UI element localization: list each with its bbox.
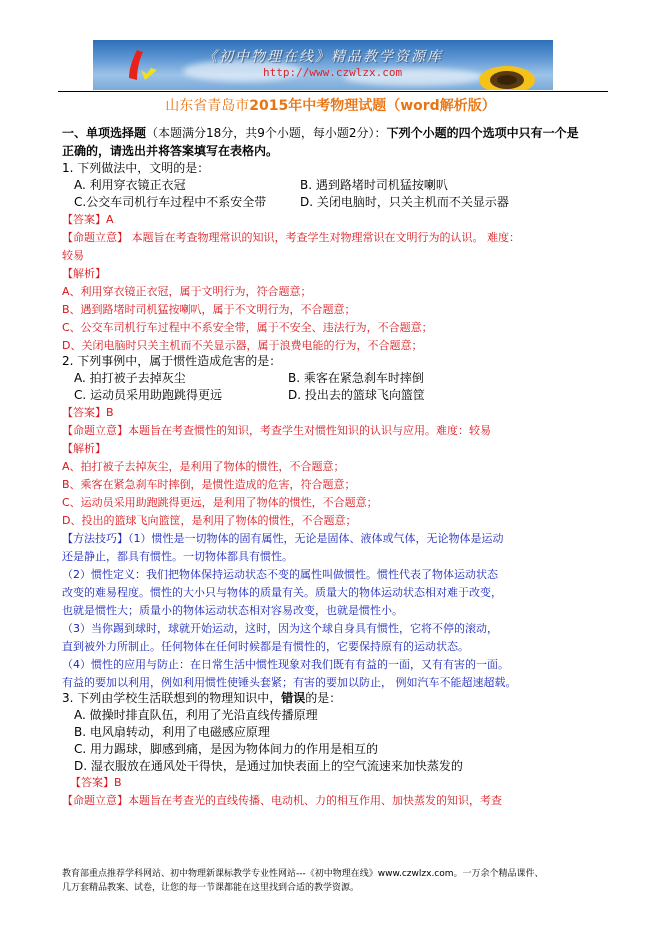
document-title: 山东省青岛市2015年中考物理试题（word解析版）: [0, 95, 661, 115]
q1-option-b: B. 遇到路堵时司机猛按喇叭: [300, 177, 448, 193]
header-banner: 《初中物理在线》精品教学资源库 http://www.czwlzx.com: [93, 40, 553, 90]
q3-intent: 【命题立意】本题旨在考查光的直线传播、电动机、力的相互作用、加快蒸发的知识，考查: [62, 793, 502, 809]
q3-stem-emphasis: 错误: [281, 691, 305, 705]
q3-stem: 3. 下列由学校生活联想到的物理知识中，错误的是：: [62, 690, 341, 706]
q2-answer: 【答案】B: [62, 405, 114, 421]
footer-line-1: 教育部重点推荐学科网站、初中物理新课标教学专业性网站---《初中物理在线》www…: [62, 866, 544, 879]
q1-stem: 1. 下列做法中，文明的是：: [62, 160, 209, 176]
q1-answer: 【答案】A: [62, 212, 114, 228]
header-divider: [58, 91, 608, 92]
q3-option-b: B. 电风扇转动，利用了电磁感应原理: [74, 724, 270, 740]
section-heading: 一、单项选择题（本题满分18分，共9个小题，每小题2分）：下列个小题的四个选项中…: [62, 125, 579, 141]
q2-method-5: 也就是惯性大；质量小的物体运动状态相对容易改变，也就是惯性小。: [62, 603, 403, 619]
q1-option-d: D. 关闭电脑时，只关主机而不关显示器: [300, 194, 509, 210]
q3-option-a: A. 做操时排直队伍，利用了光沿直线传播原理: [74, 707, 318, 723]
q3-option-d: D. 湿衣服放在通风处干得快，是通过加快表面上的空气流速来加快蒸发的: [74, 758, 463, 774]
q2-analysis-c: C、运动员采用助跑跳得更远，是利用了物体的惯性，不合题意；: [62, 495, 378, 511]
q2-method-8: （4）惯性的应用与防止：在日常生活中惯性现象对我们既有有益的一面，又有有害的一面…: [62, 657, 509, 673]
q2-stem: 2. 下列事例中，属于惯性造成危害的是：: [62, 353, 281, 369]
q2-method-1: 【方法技巧】（1）惯性是一切物体的固有属性，无论是固体、液体或气体，无论物体是运…: [62, 531, 504, 547]
sunflower-icon: [477, 54, 537, 90]
q1-intent-line2: 较易: [62, 248, 84, 264]
q3-answer: 【答案】B: [70, 775, 122, 791]
q2-method-6: （3）当你踢到球时，球就开始运动，这时，因为这个球自身具有惯性，它将不停的滚动，: [62, 621, 498, 637]
q2-option-a: A. 拍打被子去掉灰尘: [74, 370, 186, 386]
q1-analysis-c: C、公交车司机行车过程中不系安全带，属于不安全、违法行为，不合题意；: [62, 320, 433, 336]
title-main: 2015年中考物理试题（word解析版）: [249, 98, 495, 114]
q2-method-2: 还是静止，都具有惯性。一切物体都具有惯性。: [62, 549, 293, 565]
section-heading-bold2: 下列个小题的四个选项中只有一个是: [387, 126, 579, 140]
q3-option-c: C. 用力踢球，脚感到痛，是因为物体间力的作用是相互的: [74, 741, 378, 757]
q2-analysis-label: 【解析】: [62, 441, 106, 457]
q2-option-d: D. 投出去的篮球飞向篮筐: [288, 387, 425, 403]
banner-url[interactable]: http://www.czwlzx.com: [263, 66, 402, 79]
q1-option-c: C.公交车司机行车过程中不系安全带: [74, 194, 266, 210]
section-heading-line2: 正确的，请选出并将答案填写在表格内。: [62, 143, 278, 159]
banner-title: 《初中物理在线》精品教学资源库: [203, 46, 443, 66]
q1-analysis-a: A、利用穿衣镜正衣冠，属于文明行为，符合题意；: [62, 284, 312, 300]
q2-method-7: 直到被外力所制止。任何物体在任何时候都是有惯性的，它要保持原有的运动状态。: [62, 639, 469, 655]
title-prefix: 山东省青岛市: [165, 98, 249, 114]
q2-analysis-d: D、投出的篮球飞向篮筐，是利用了物体的惯性，不合题意；: [62, 513, 356, 529]
q3-stem-suffix: 的是：: [305, 691, 341, 705]
q1-intent: 【命题立意】 本题旨在考查物理常识的知识，考查学生对物理常识在文明行为的认识。 …: [62, 230, 520, 246]
q1-analysis-b: B、遇到路堵时司机猛按喇叭，属于不文明行为，不合题意；: [62, 302, 356, 318]
q1-analysis-label: 【解析】: [62, 266, 106, 282]
q2-intent: 【命题立意】本题旨在考查惯性的知识，考查学生对惯性知识的认识与应用。难度：较易: [62, 423, 491, 439]
q2-analysis-a: A、拍打被子去掉灰尘，是利用了物体的惯性，不合题意；: [62, 459, 345, 475]
q1-option-a: A. 利用穿衣镜正衣冠: [74, 177, 186, 193]
q2-method-4: 改变的难易程度。惯性的大小只与物体的质量有关。质量大的物体运动状态相对难于改变，: [62, 585, 502, 601]
section-heading-bold: 一、单项选择题: [62, 126, 146, 140]
section-heading-note: （本题满分18分，共9个小题，每小题2分）：: [146, 126, 387, 140]
footer-line-2: 几万套精品教案、试卷，让您的每一节课都能在这里找到合适的教学资源。: [62, 880, 359, 893]
q2-option-b: B. 乘客在紧急刹车时摔倒: [288, 370, 424, 386]
site-logo-icon: [123, 48, 163, 84]
q2-method-9: 有益的要加以利用，例如利用惯性使锤头套紧；有害的要加以防止， 例如汽车不能超速超…: [62, 675, 517, 691]
q2-analysis-b: B、乘客在紧急刹车时摔倒，是惯性造成的危害，符合题意；: [62, 477, 356, 493]
q3-stem-prefix: 3. 下列由学校生活联想到的物理知识中，: [62, 691, 281, 705]
q1-analysis-d: D、关闭电脑时只关主机而不关显示器，属于浪费电能的行为，不合题意；: [62, 338, 422, 354]
q2-method-3: （2）惯性定义：我们把物体保持运动状态不变的属性叫做惯性。惯性代表了物体运动状态: [62, 567, 498, 583]
q2-option-c: C. 运动员采用助跑跳得更远: [74, 387, 222, 403]
